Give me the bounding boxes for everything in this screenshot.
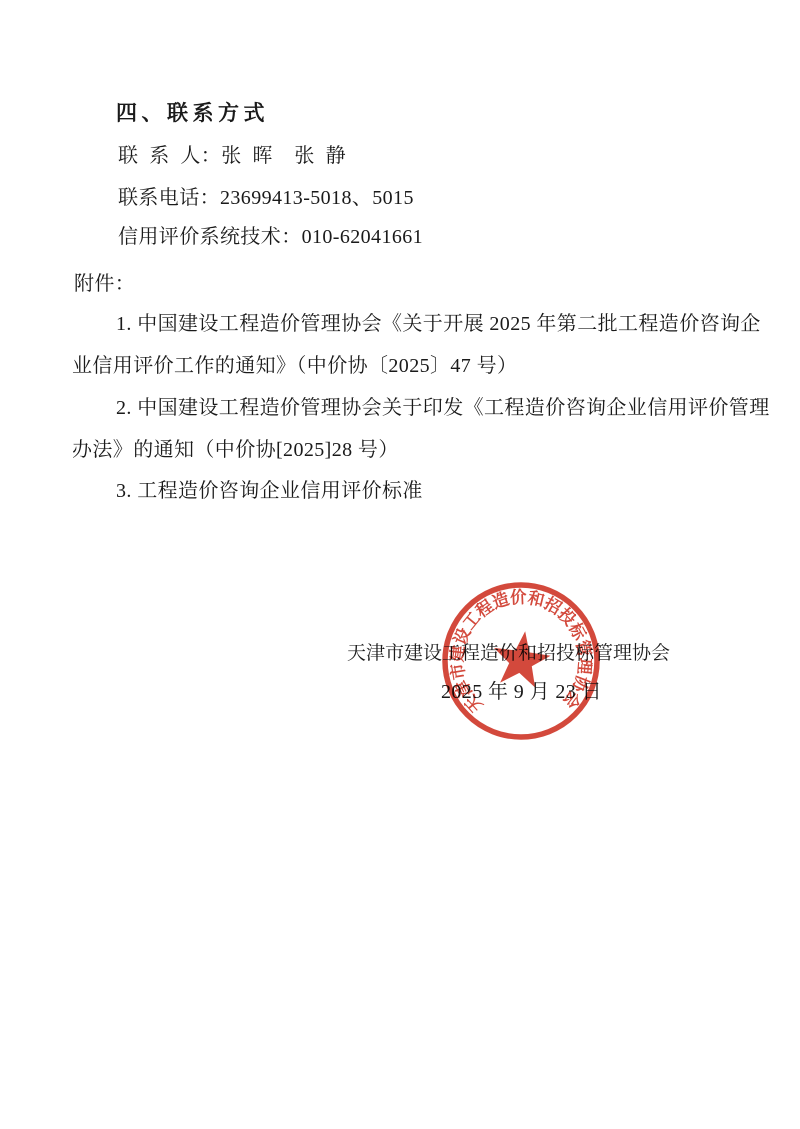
section-heading: 四、联系方式 — [116, 102, 269, 125]
signature-organization: 天津市建设工程造价和招投标管理协会 — [347, 642, 670, 665]
contact-phone-line: 联系电话：23699413-5018、5015 — [118, 187, 414, 210]
attachment-line-1a: 1. 中国建设工程造价管理协会《关于开展 2025 年第二批工程造价咨询企 — [116, 313, 761, 336]
document-page: 四、联系方式 联 系 人：张 晖 张 静 联系电话：23699413-5018、… — [0, 0, 800, 1129]
attachment-line-1b: 业信用评价工作的通知》（中价协〔2025〕47 号） — [72, 355, 517, 378]
attachment-line-2a: 2. 中国建设工程造价管理协会关于印发《工程造价咨询企业信用评价管理 — [116, 397, 770, 420]
attachment-line-2b: 办法》的通知（中价协[2025]28 号） — [72, 439, 399, 462]
attachment-line-3: 3. 工程造价咨询企业信用评价标准 — [116, 480, 423, 503]
contact-person-line: 联 系 人：张 晖 张 静 — [118, 145, 346, 168]
signature-date: 2025 年 9 月 23 日 — [441, 681, 602, 704]
credit-system-phone-line: 信用评价系统技术：010-62041661 — [118, 226, 423, 249]
attachments-label: 附件： — [74, 273, 135, 296]
